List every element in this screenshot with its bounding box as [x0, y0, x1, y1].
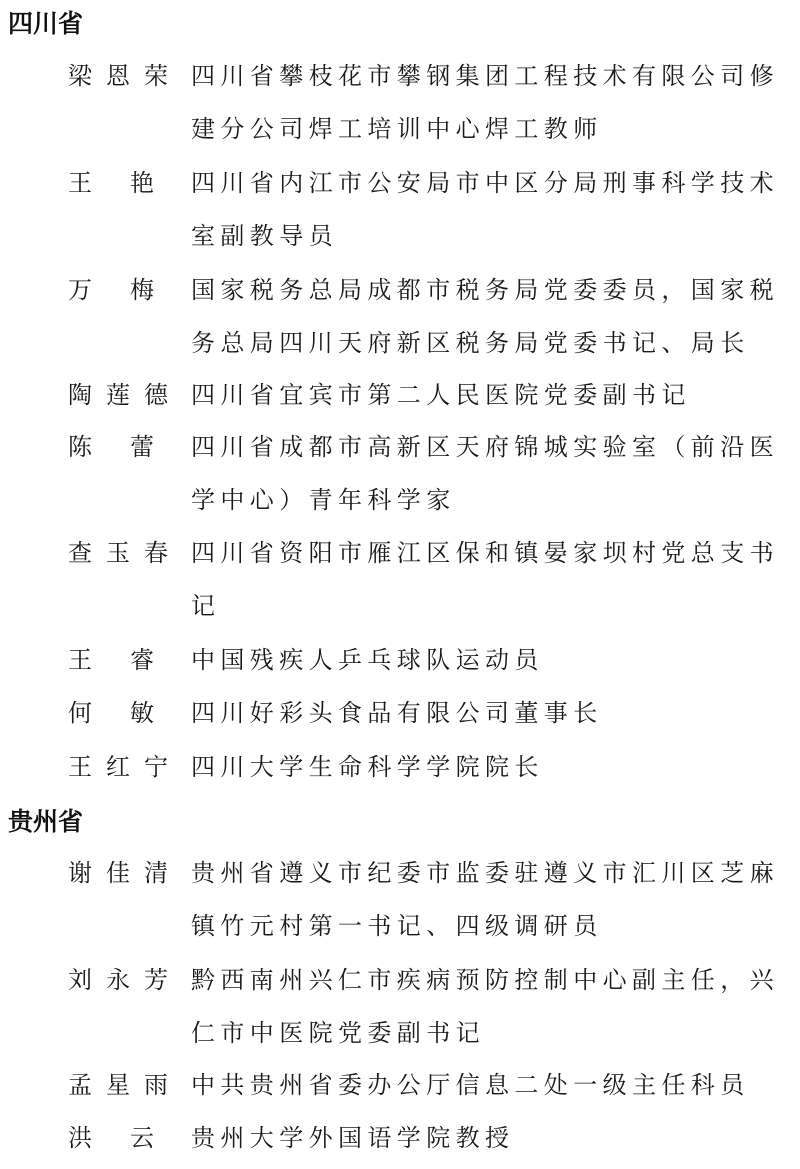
name-char: 荣 [144, 50, 168, 103]
person-position: 四川省攀枝花市攀钢集团工程技术有限公司修建分公司焊工培训中心焊工教师 [191, 50, 799, 156]
name-char: 佳 [106, 847, 130, 900]
person-name: 陈蕾 [68, 421, 154, 474]
person-name: 王睿 [68, 634, 154, 687]
name-char: 宁 [144, 741, 168, 794]
name-char: 云 [130, 1112, 154, 1165]
name-char: 陈 [68, 421, 92, 474]
name-char: 敏 [130, 687, 154, 740]
person-position: 中共贵州省委办公厅信息二处一级主任科员 [191, 1059, 799, 1112]
name-char: 德 [144, 369, 168, 422]
person-name: 何敏 [68, 687, 154, 740]
person-name: 陶莲德 [68, 369, 168, 422]
name-char: 谢 [68, 847, 92, 900]
name-char: 雨 [144, 1059, 168, 1112]
name-char: 春 [144, 527, 168, 580]
person-position: 贵州省遵义市纪委市监委驻遵义市汇川区芝麻镇竹元村第一书记、四级调研员 [191, 847, 799, 953]
name-char: 何 [68, 687, 92, 740]
name-char: 洪 [68, 1112, 92, 1165]
name-char: 陶 [68, 369, 92, 422]
name-char: 玉 [106, 527, 130, 580]
name-char: 清 [144, 847, 168, 900]
person-position: 黔西南州兴仁市疾病预防控制中心副主任，兴仁市中医院党委副书记 [191, 954, 799, 1060]
person-position: 四川省内江市公安局市中区分局刑事科学技术室副教导员 [191, 157, 799, 263]
name-char: 莲 [106, 369, 130, 422]
person-name: 王红宁 [68, 741, 168, 794]
person-name: 梁恩荣 [68, 50, 168, 103]
person-name: 孟星雨 [68, 1059, 168, 1112]
person-position: 四川大学生命科学学院院长 [191, 741, 799, 794]
name-char: 睿 [130, 634, 154, 687]
name-char: 查 [68, 527, 92, 580]
person-position: 贵州大学外国语学院教授 [191, 1112, 799, 1165]
name-char: 蕾 [130, 421, 154, 474]
person-name: 刘永芳 [68, 954, 168, 1007]
person-position: 四川省宜宾市第二人民医院党委副书记 [191, 369, 799, 422]
name-char: 芳 [144, 954, 168, 1007]
person-position: 国家税务总局成都市税务局党委委员，国家税务总局四川天府新区税务局党委书记、局长 [191, 264, 799, 370]
section-title-guizhou: 贵州省 [8, 807, 83, 837]
person-name: 洪云 [68, 1112, 154, 1165]
name-char: 星 [106, 1059, 130, 1112]
person-position: 四川省成都市高新区天府锦城实验室（前沿医学中心）青年科学家 [191, 421, 799, 527]
name-char: 王 [68, 634, 92, 687]
name-char: 梅 [130, 264, 154, 317]
person-position: 中国残疾人乒乓球队运动员 [191, 634, 799, 687]
name-char: 红 [106, 741, 130, 794]
person-position: 四川好彩头食品有限公司董事长 [191, 687, 799, 740]
name-char: 恩 [106, 50, 130, 103]
person-name: 王艳 [68, 157, 154, 210]
person-position: 四川省资阳市雁江区保和镇晏家坝村党总支书记 [191, 527, 799, 633]
name-char: 王 [68, 741, 92, 794]
name-char: 永 [106, 954, 130, 1007]
person-name: 谢佳清 [68, 847, 168, 900]
name-char: 梁 [68, 50, 92, 103]
person-name: 万梅 [68, 264, 154, 317]
name-char: 万 [68, 264, 92, 317]
person-name: 查玉春 [68, 527, 168, 580]
name-char: 孟 [68, 1059, 92, 1112]
name-char: 艳 [130, 157, 154, 210]
name-char: 王 [68, 157, 92, 210]
section-title-sichuan: 四川省 [8, 9, 83, 39]
name-char: 刘 [68, 954, 92, 1007]
